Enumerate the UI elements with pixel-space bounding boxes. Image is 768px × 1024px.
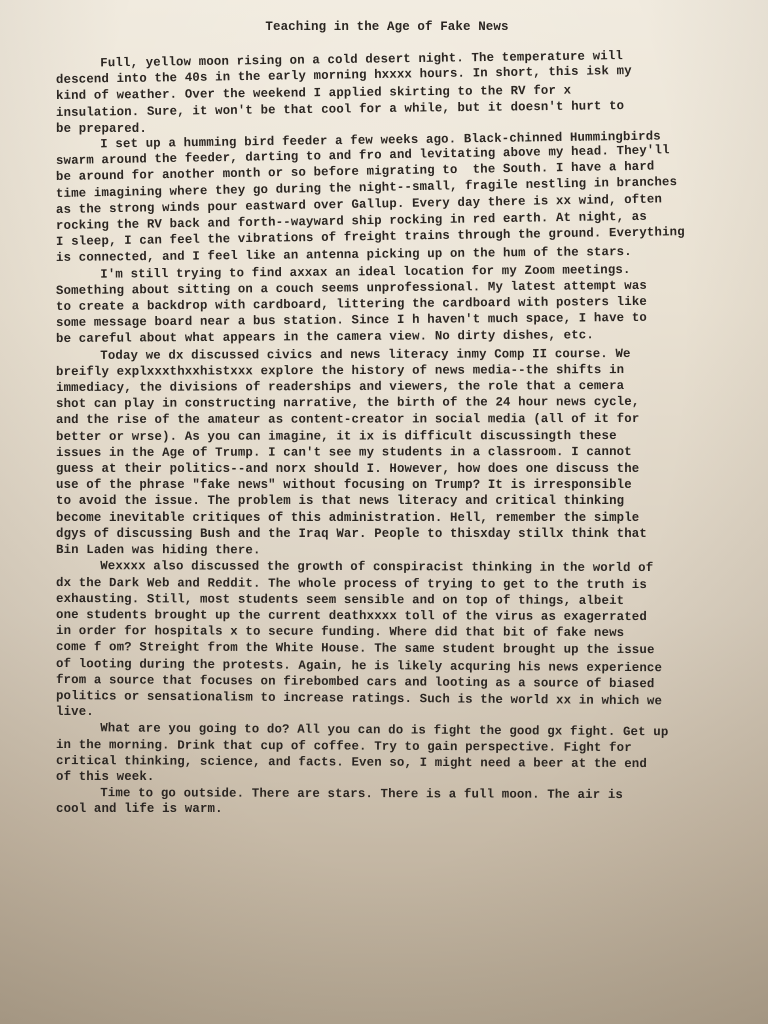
text-line: Bin Laden was hiding there. (56, 542, 756, 559)
text-line: live. (56, 704, 756, 720)
text-line: dx the Dark Web and Reddit. The whole pr… (56, 575, 756, 594)
text-line: and the rise of the amateur as content-c… (56, 411, 756, 428)
text-line: use of the phrase "fake news" without fo… (56, 477, 756, 493)
text-line: guess at their politics--and norx should… (56, 461, 756, 477)
text-line: be careful about what appears in the cam… (56, 327, 756, 348)
text-line: cool and life is warm. (56, 801, 756, 817)
text-line: issues in the Age of Trump. I can't see … (56, 444, 756, 461)
document-title: Teaching in the Age of Fake News (56, 20, 768, 34)
document-body: Full, yellow moon rising on a cold deser… (56, 56, 768, 818)
text-line: Wexxxx also discussed the growth of cons… (56, 558, 756, 577)
text-line: dgys of discussing Bush and the Iraq War… (56, 526, 756, 542)
text-line: of this week. (56, 769, 756, 785)
text-line: to avoid the issue. The problem is that … (56, 493, 756, 509)
text-line: better or wrse). As you can imagine, it … (56, 427, 756, 444)
text-line: become inevitable critiques of this admi… (56, 510, 756, 526)
text-line: shot can play in constructing narrative,… (56, 394, 756, 413)
typewritten-page: Teaching in the Age of Fake News Full, y… (56, 20, 768, 818)
